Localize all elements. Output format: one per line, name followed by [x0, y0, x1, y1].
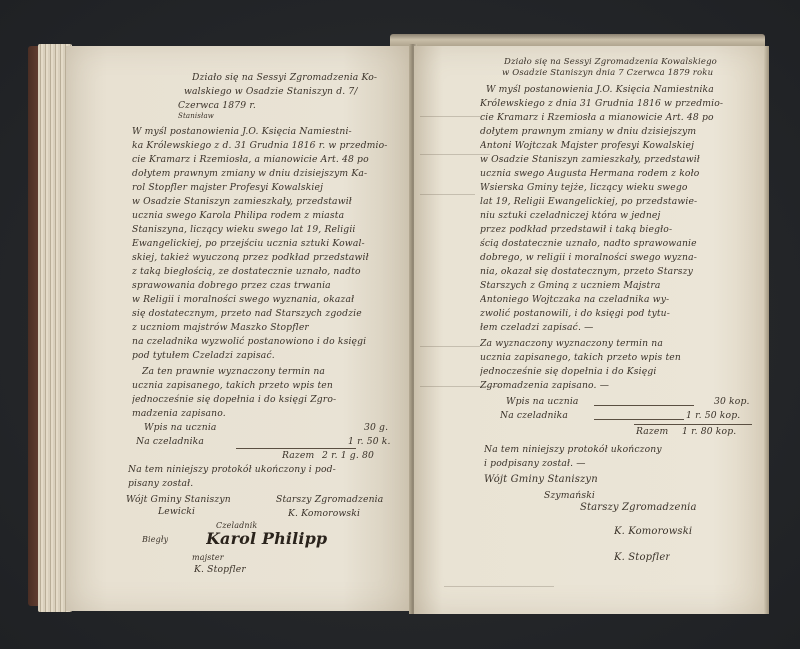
- body-line: ka Królewskiego z d. 31 Grudnia 1816 r. …: [132, 140, 388, 152]
- fee-amount: 30 g.: [364, 422, 388, 434]
- closing-line: pisany został.: [128, 478, 193, 490]
- body-line: dołytem prawnym zmiany w dniu dzisiejszy…: [480, 126, 696, 138]
- body-line: ścią dostatecznie uznało, nadto sprawowa…: [480, 238, 697, 250]
- body-line: dobrego, w religii i moralności swego wy…: [480, 252, 697, 264]
- left-page: Działo się na Sessyi Zgromadzenia Ko- wa…: [66, 46, 412, 611]
- fee-amount: 1 r. 50 k.: [348, 436, 391, 448]
- body-line: Antoniego Wojtczaka na czeladnika wy-: [480, 294, 669, 306]
- body-line: cie Kramarz i Rzemiosła a mianowicie Art…: [480, 112, 714, 124]
- body-line: łem czeladzi zapisać. —: [480, 322, 593, 334]
- closing-line: i podpisany został. —: [484, 458, 586, 470]
- body-line: dołytem prawnym zmiany w dniu dzisiejszy…: [132, 168, 367, 180]
- fee-label: Razem: [636, 426, 668, 438]
- signature-title: Starszy Zgromadzenia: [276, 494, 383, 506]
- body-line: nia, okazał się dostatecznym, przeto Sta…: [480, 266, 693, 278]
- body-line: zwolić postanowili, i do księgi pod tytu…: [480, 308, 670, 320]
- signature-name: K. Komorowski: [614, 526, 692, 538]
- right-page: Działo się na Sessyi Zgromadzenia Kowals…: [414, 46, 766, 614]
- body-line: sprawowania dobrego przez czas trwania: [132, 280, 331, 292]
- fee-amount: 1 r. 50 kop.: [686, 410, 740, 422]
- fee-amount: 2 r. 1 g. 80: [322, 450, 374, 462]
- bleed-through: [420, 194, 475, 195]
- body-line: madzenia zapisano.: [132, 408, 226, 420]
- body-line: Za ten prawnie wyznaczony termin na: [142, 366, 325, 378]
- body-line: rol Stopfler majster Profesyi Kowalskiej: [132, 182, 323, 194]
- body-line: jednocześnie się dopełnia i do Księgi: [480, 366, 656, 378]
- fee-amount: 1 r. 80 kop.: [682, 426, 736, 438]
- heading-line: w Osadzie Staniszyn dnia 7 Czerwca 1879 …: [502, 67, 713, 79]
- heading-line: walskiego w Osadzie Staniszyn d. 7/: [184, 86, 358, 98]
- body-line: Wsierska Gminy tejże, liczący wieku sweg…: [480, 182, 688, 194]
- body-line: W myśl postanowienia J.O. Księcia Namies…: [132, 126, 352, 138]
- signature-name: K. Komorowski: [288, 508, 360, 520]
- fee-amount: 30 kop.: [714, 396, 750, 408]
- body-line: Staniszyna, liczący wieku swego lat 19, …: [132, 224, 356, 236]
- bleed-through: [420, 116, 480, 117]
- body-line: Zgromadzenia zapisano. —: [480, 380, 609, 392]
- master-label: majster: [192, 552, 224, 564]
- body-line: Starszych z Gminą z uczniem Majstra: [480, 280, 661, 292]
- body-line: w Osadzie Staniszyn zamieszkały, przedst…: [132, 196, 352, 208]
- signature-name: Szymański: [544, 490, 595, 502]
- fee-label: Na czeladnika: [136, 436, 204, 448]
- signature-title: Wójt Gminy Staniszyn: [126, 494, 231, 506]
- bleed-through: [420, 346, 480, 347]
- body-line: się dostatecznym, przeto nad Starszych z…: [132, 308, 362, 320]
- heading-line: Stanisław: [178, 110, 214, 122]
- body-line: lat 19, Religii Ewangelickiej, po przeds…: [480, 196, 697, 208]
- body-line: W myśl postanowienia J.O. Księcia Namies…: [486, 84, 714, 96]
- signature-name: Lewicki: [158, 506, 195, 518]
- fee-label: Wpis na ucznia: [506, 396, 579, 408]
- body-line: w Osadzie Staniszyn zamieszkały, przedst…: [480, 154, 700, 166]
- body-line: ucznia swego Augusta Hermana rodem z koł…: [480, 168, 699, 180]
- body-line: skiej, takież wyuczoną przez podkład prz…: [132, 252, 369, 264]
- body-line: jednocześnie się dopełnia i do księgi Zg…: [132, 394, 336, 406]
- signature-name: K. Stopfler: [614, 552, 670, 564]
- bleed-through: [444, 586, 554, 587]
- fee-label: Wpis na ucznia: [144, 422, 217, 434]
- apprentice-label: Biegły: [142, 534, 168, 546]
- fee-total-rule: [634, 424, 752, 425]
- body-line: przez podkład przedstawił i taką biegło-: [480, 224, 672, 236]
- body-line: Ewangelickiej, po przejściu ucznia sztuk…: [132, 238, 365, 250]
- body-line: ucznia swego Karola Philipa rodem z mias…: [132, 210, 344, 222]
- apprentice-signature: Karol Philipp: [206, 530, 327, 548]
- signature-title: Wójt Gminy Staniszyn: [484, 474, 598, 486]
- body-line: z uczniom majstrów Maszko Stopfler: [132, 322, 309, 334]
- body-line: pod tytułem Czeladzi zapisać.: [132, 350, 275, 362]
- fee-label: Razem: [282, 450, 314, 462]
- body-line: z taką biegłością, ze dostatecznie uznał…: [132, 266, 361, 278]
- signature-title: Starszy Zgromadzenia: [580, 502, 697, 514]
- master-signature: K. Stopfler: [194, 564, 246, 576]
- body-line: na czeladnika wyzwolić postanowiono i do…: [132, 336, 366, 348]
- body-line: niu sztuki czeladniczej która w jednej: [480, 210, 661, 222]
- body-line: w Religii i moralności swego wyznania, o…: [132, 294, 354, 306]
- closing-line: Na tem niniejszy protokół ukończony i po…: [128, 464, 336, 476]
- page-stack-right-edge: [764, 46, 769, 614]
- fee-leader: [594, 419, 684, 420]
- body-line: Antoni Wojtczak Majster profesyi Kowalsk…: [480, 140, 694, 152]
- body-line: Królewskiego z dnia 31 Grudnia 1816 w pr…: [480, 98, 723, 110]
- body-line: ucznia zapisanego, takich przeto wpis te…: [132, 380, 333, 392]
- body-line: ucznia zapisanego, takich przeto wpis te…: [480, 352, 681, 364]
- body-line: cie Kramarz i Rzemiosła, a mianowicie Ar…: [132, 154, 369, 166]
- closing-line: Na tem niniejszy protokół ukończony: [484, 444, 662, 456]
- fee-rule: [236, 448, 356, 449]
- body-line: Za wyznaczony wyznaczony termin na: [480, 338, 663, 350]
- fee-leader: [594, 405, 694, 406]
- heading-line: Działo się na Sessyi Zgromadzenia Ko-: [192, 72, 377, 84]
- fee-label: Na czeladnika: [500, 410, 568, 422]
